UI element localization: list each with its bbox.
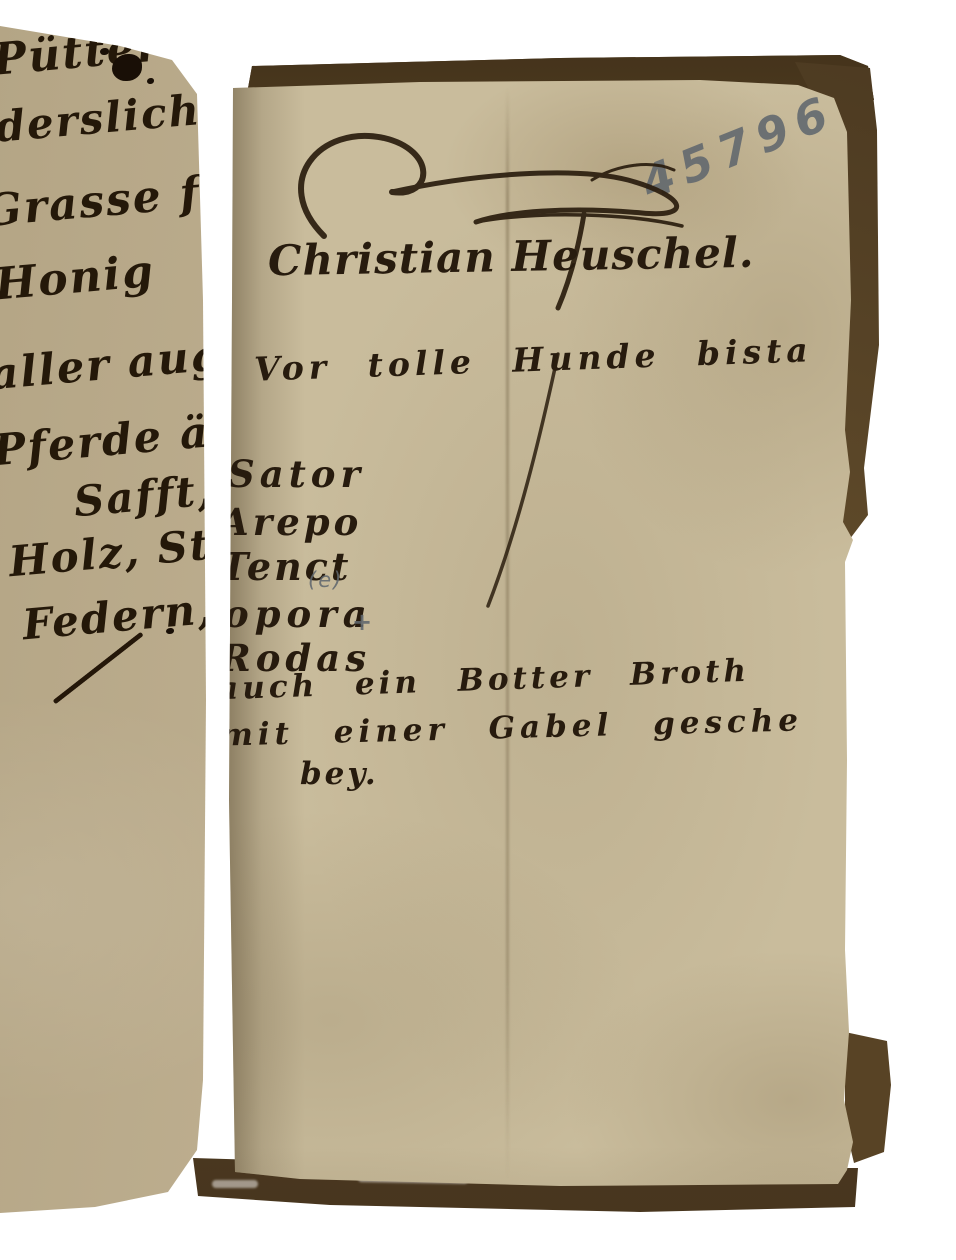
ink-blot xyxy=(112,54,142,81)
instruction-line: mit einer Gabel gesche xyxy=(220,702,804,753)
sator-word: opora xyxy=(224,592,373,636)
sator-word: Sator xyxy=(228,452,365,496)
ink-splatter xyxy=(100,48,109,55)
ink-splatter xyxy=(147,78,154,84)
manuscript-line: Grasse fell xyxy=(0,161,270,237)
manuscript-line: Federn, xyxy=(20,584,215,650)
ink-splatter xyxy=(166,628,174,634)
glue-streak xyxy=(212,1180,258,1188)
manuscript-line: Pütter xyxy=(0,20,164,86)
sator-word: Arepo xyxy=(220,500,362,544)
manuscript-line: Safft, xyxy=(72,465,215,526)
pencil-cross-mark: + xyxy=(352,608,372,636)
pencil-correction: (e) xyxy=(308,568,343,592)
manuscript-line: Honig xyxy=(0,246,157,311)
manuscript-photo: { "artifact": { "shelfmark_pencil": "457… xyxy=(0,0,956,1260)
owner-name-line: Christian Heuschel. xyxy=(268,228,755,285)
manuscript-line: nderslich xyxy=(0,85,203,155)
descender-flourish xyxy=(480,348,570,618)
instruction-line: bey. xyxy=(300,756,379,792)
